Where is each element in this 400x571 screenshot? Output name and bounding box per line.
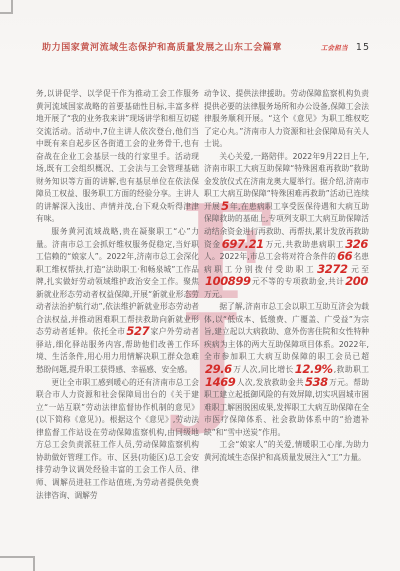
highlight-number: 697.21 [221, 237, 265, 251]
left-column: 务,以讲促学、以学促干作为推动工会工作服务黄河流域国家战略的首要基础性目标,丰富… [36, 88, 199, 502]
header-right-group: 工会担当 15 [321, 42, 370, 53]
paragraph: 更让全市职工感到暖心的还有济南市总工会联合市人力资源和社会保障局出台的《关于建立… [36, 377, 199, 502]
body-text: 万元,共救助患病职工 [265, 240, 344, 249]
page-header: 助力国家黄河流域生态保护和高质量发展之山东工会篇章 工会担当 15 [42, 40, 370, 54]
body-text: 人次,发放救助金共 [236, 378, 304, 387]
highlight-number: 538 [304, 375, 329, 389]
body-text: 据了解,济南市总工会以职工互助互济会为载体,以“低成本、低缴费、广覆盖、广受益”… [204, 302, 369, 361]
highlight-number: 200 [344, 274, 369, 288]
paragraph: 服务黄河流域战略,贵在凝聚职工“心”力量。济南市总工会抓好维权服务促稳定,当好职… [36, 226, 199, 377]
page-title: 助力国家黄河流域生态保护和高质量发展之山东工会篇章 [42, 40, 282, 53]
body-text: 工会“娘家人”的关爱,情暖职工心扉,为助力黄河流域生态保护和高质量发展注入“工”… [204, 440, 369, 462]
highlight-number: 1469 [204, 375, 236, 389]
body-text: ,救助职工 [334, 365, 369, 374]
body-text: 元不等的专项救助金,共计 [252, 277, 345, 286]
body-text: 元至 [349, 265, 369, 274]
page-number: 15 [356, 42, 370, 53]
body-text: 万人次,同比增长 [233, 365, 294, 374]
body-text: 万元。 [204, 290, 227, 299]
body-text: 更让全市职工感到暖心的还有济南市总工会联合市人力资源和社会保障局出台的《关于建立… [36, 378, 199, 500]
paragraph: 关心关爱,一路陪伴。2022年9月22日上午,济南市职工大病互助保障“特殊困难再… [204, 151, 369, 302]
right-column: 动争议、提供法律援助。劳动保障监察机构负责提供必要的法律服务场所和办公设备,保障… [204, 88, 369, 464]
highlight-number: 100899 [204, 274, 252, 288]
paragraph: 动争议、提供法律援助。劳动保障监察机构负责提供必要的法律服务场所和办公设备,保障… [204, 88, 369, 151]
paragraph: 工会“娘家人”的关爱,情暖职工心扉,为助力黄河流域生态保护和高质量发展注入“工”… [204, 439, 369, 464]
highlight-number: 527 [125, 324, 150, 338]
highlight-number: 5 [220, 199, 230, 213]
body-text: 服务黄河流域战略,贵在凝聚职工“心”力量。济南市总工会抓好维权服务促稳定,当好职… [36, 227, 199, 336]
magazine-page: 助力国家黄河流域生态保护和高质量发展之山东工会篇章 工会担当 15 F J 务,… [0, 0, 400, 571]
section-tag: 工会担当 [321, 43, 348, 52]
body-text: 人。2022年,市总工会将对符合条件的 [204, 252, 336, 261]
body-text: 务,以讲促学、以学促干作为推动工会工作服务黄河流域国家战略的首要基础性目标,丰富… [36, 89, 199, 223]
highlight-number: 29.6 [204, 362, 233, 376]
paragraph: 据了解,济南市总工会以职工互助互济会为载体,以“低成本、低缴费、广覆盖、广受益”… [204, 301, 369, 439]
corner-mark-top-left [0, 0, 13, 14]
highlight-number: 12.9% [294, 362, 334, 376]
corner-mark-bottom-left [0, 556, 35, 571]
body-text: 动争议、提供法律援助。劳动保障监察机构负责提供必要的法律服务场所和办公设备,保障… [204, 89, 369, 148]
paragraph: 务,以讲促学、以学促干作为推动工会工作服务黄河流域国家战略的首要基础性目标,丰富… [36, 88, 199, 226]
highlight-number: 66 [336, 249, 353, 263]
